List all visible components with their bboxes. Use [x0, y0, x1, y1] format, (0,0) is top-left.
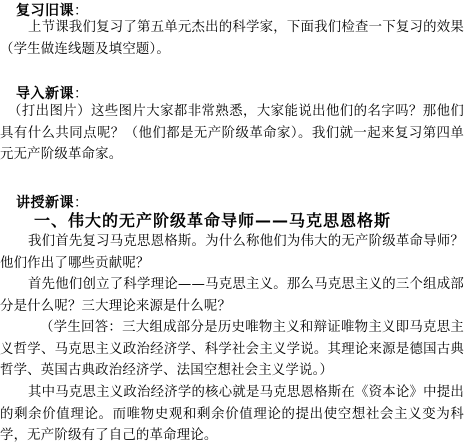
paragraph-capital: 其中马克思主义政治经济学的核心就是马克思恩格斯在《资本论》中提出的剩余价值理论。… [0, 382, 464, 447]
heading-colon: ： [74, 195, 89, 211]
paragraph-intro: （打出图片）这些图片大家都非常熟悉，大家能说出他们的名字吗？那他们具有什么共同点… [0, 101, 464, 166]
heading-text: 导入新课 [16, 86, 74, 102]
paragraph-theory: 首先他们创立了科学理论——马克思主义。那么马克思主义的三个组成部分是什么呢？三大… [0, 274, 464, 317]
subheading-marx-engels: 一、伟大的无产阶级革命导师——马克思恩格斯 [34, 212, 391, 230]
paragraph-review: 上节课我们复习了第五单元杰出的科学家，下面我们检查一下复习的效果（学生做连线题及… [0, 17, 464, 60]
section-heading-intro: 导入新课： [16, 86, 89, 102]
heading-text: 讲授新课 [16, 195, 74, 211]
paragraph-student-answer: （学生回答：三大组成部分是历史唯物主义和辩证唯物主义即马克思主义哲学、马克思主义… [0, 317, 464, 382]
paragraph-question: 我们首先复习马克思恩格斯。为什么称他们为伟大的无产阶级革命导师？他们作出了哪些贡… [0, 231, 464, 274]
section-heading-new-lesson: 讲授新课： [16, 195, 89, 211]
heading-colon: ： [74, 86, 89, 102]
